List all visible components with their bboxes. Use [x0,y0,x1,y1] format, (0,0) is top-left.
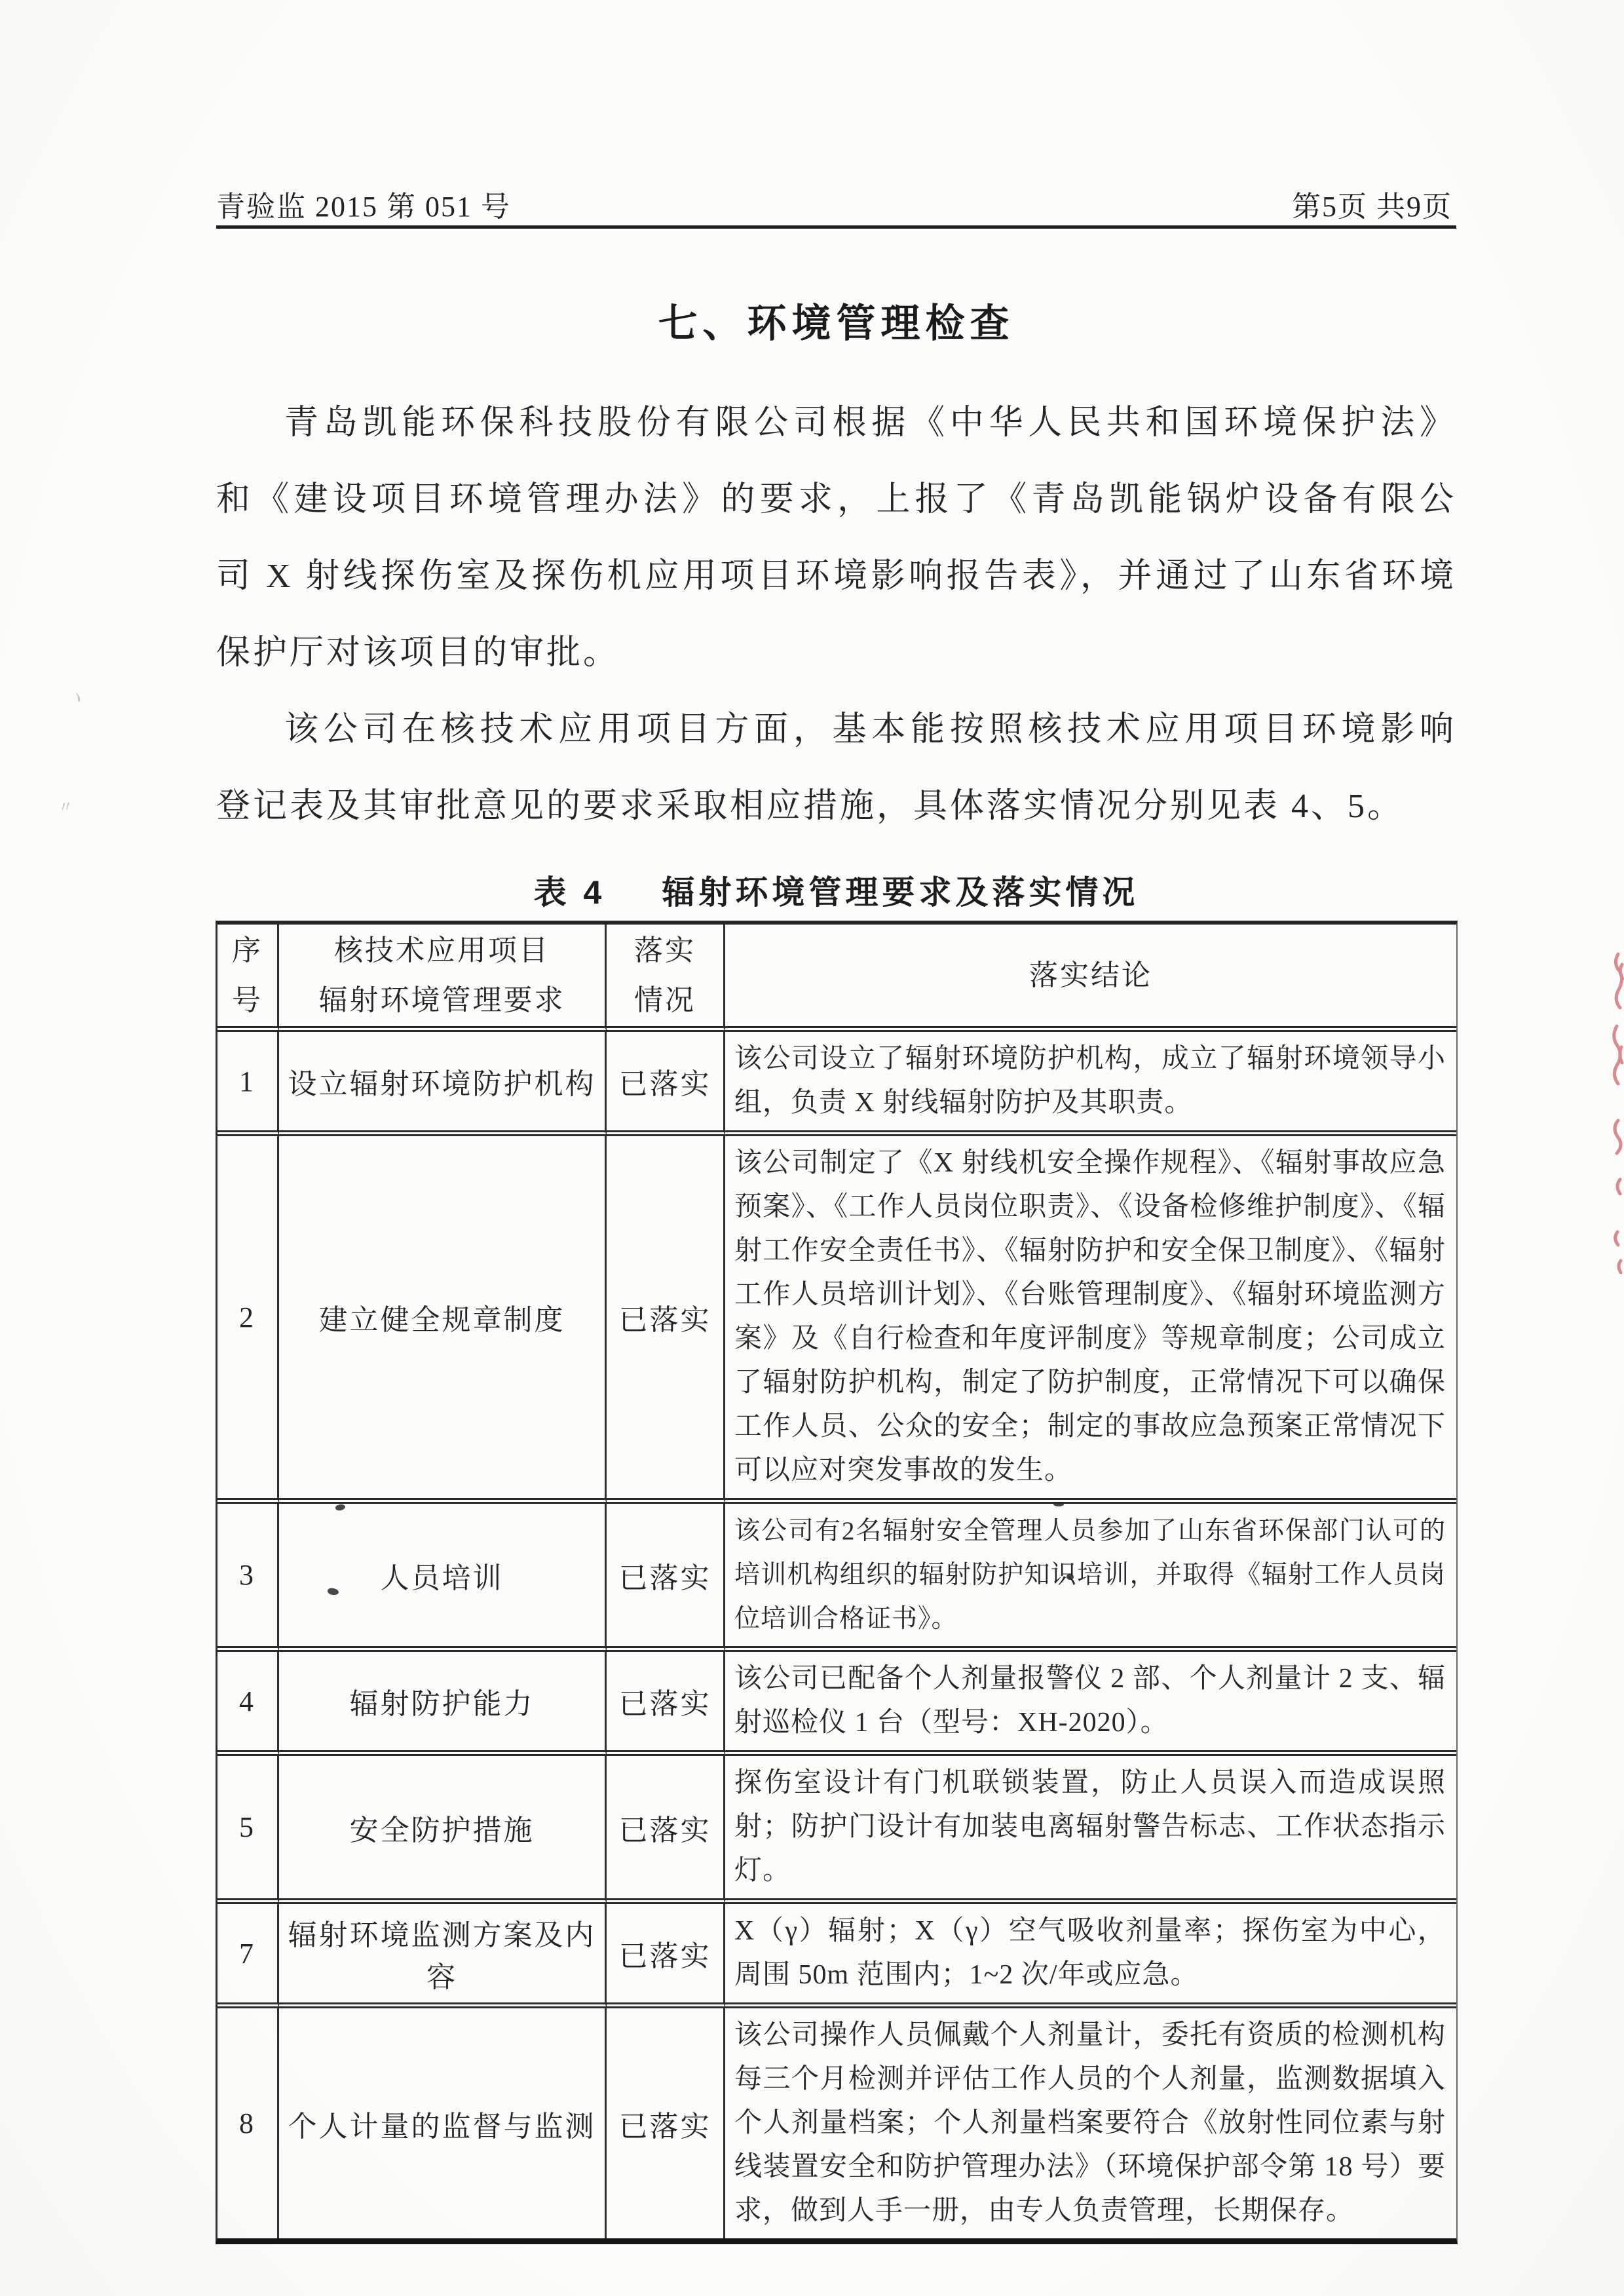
paragraph: 青岛凯能环保科技股份有限公司根据《中华人民共和国环境保护法》 和《建设项目环境管… [216,385,1456,691]
table-header-row: 序 号 核技术应用项目 辐射环境管理要求 落实 情况 落实结论 [217,925,1456,1032]
header-rule [216,225,1456,229]
page-header: 青验监 2015 第 051 号 第5页 共9页 [216,189,1456,225]
table-row: 1 设立辐射环境防护机构 已落实 该公司设立了辐射环境防护机构，成立了辐射环境领… [217,1032,1456,1136]
cell-status: 已落实 [607,1136,725,1504]
header-line: 号 [217,976,277,1025]
scanned-document-page: 青验监 2015 第 051 号 第5页 共9页 七、环境管理检查 青岛凯能环保… [0,0,1624,2296]
cell-requirement: 人员培训 [279,1504,607,1652]
header-cell-requirement: 核技术应用项目 辐射环境管理要求 [279,925,607,1032]
document-number: 青验监 2015 第 051 号 [216,189,511,225]
table-row: 5 安全防护措施 已落实 探伤室设计有门机联锁装置，防止人员误入而造成误照射；防… [217,1756,1456,1904]
header-line: 序 [217,926,277,976]
cell-status: 已落实 [607,1904,725,2008]
scan-speck [1067,1574,1074,1580]
cell-requirement: 设立辐射环境防护机构 [279,1032,607,1136]
cell-no: 5 [217,1756,279,1904]
cell-requirement: 个人计量的监督与监测 [279,2008,607,2238]
paragraph-line: 和《建设项目环境管理办法》的要求，上报了《青岛凯能锅炉设备有限公 [216,461,1456,538]
header-line: 辐射环境管理要求 [279,976,605,1025]
header-line: 落实 [607,926,723,976]
cell-no: 8 [217,2008,279,2238]
paragraph-line: 保护厅对该项目的审批。 [216,615,1456,691]
pencil-mark: 〃 [56,794,75,818]
paragraph-line: 该公司在核技术应用项目方面，基本能按照核技术应用项目环境影响 [216,691,1456,768]
cell-status: 已落实 [607,1504,725,1652]
table-row: 7 辐射环境监测方案及内容 已落实 X（γ）辐射；X（γ）空气吸收剂量率；探伤室… [217,1904,1456,2008]
header-cell-status: 落实 情况 [607,925,725,1032]
cell-no: 7 [217,1904,279,2008]
body-text: 青岛凯能环保科技股份有限公司根据《中华人民共和国环境保护法》 和《建设项目环境管… [216,385,1456,845]
table-row: 8 个人计量的监督与监测 已落实 该公司操作人员佩戴个人剂量计，委托有资质的检测… [217,2008,1456,2238]
cell-requirement: 建立健全规章制度 [279,1136,607,1504]
cell-requirement: 安全防护措施 [279,1756,607,1904]
paragraph-line: 登记表及其审批意见的要求采取相应措施，具体落实情况分别见表 4、5。 [216,768,1456,845]
table-caption-label: 表 4 [534,874,606,911]
cell-conclusion: 该公司有2名辐射安全管理人员参加了山东省环保部门认可的培训机构组织的辐射防护知识… [725,1504,1456,1652]
header-line: 情况 [607,976,723,1025]
paragraph-line: 青岛凯能环保科技股份有限公司根据《中华人民共和国环境保护法》 [216,385,1456,461]
section-title: 七、环境管理检查 [216,292,1456,349]
cell-conclusion: 该公司已配备个人剂量报警仪 2 部、个人剂量计 2 支、辐射巡检仪 1 台（型号… [725,1652,1456,1756]
table-row: 4 辐射防护能力 已落实 该公司已配备个人剂量报警仪 2 部、个人剂量计 2 支… [217,1652,1456,1756]
table-row: 2 建立健全规章制度 已落实 该公司制定了《X 射线机安全操作规程》、《辐射事故… [217,1136,1456,1504]
page-indicator: 第5页 共9页 [1292,189,1452,225]
cell-no: 2 [217,1136,279,1504]
cell-status: 已落实 [607,1652,725,1756]
table-caption: 表 4辐射环境管理要求及落实情况 [216,866,1456,913]
cell-no: 4 [217,1652,279,1756]
paragraph-line: 司 X 射线探伤室及探伤机应用项目环境影响报告表》，并通过了山东省环境 [216,538,1456,615]
header-cell-conclusion: 落实结论 [725,925,1456,1032]
radiation-management-table: 序 号 核技术应用项目 辐射环境管理要求 落实 情况 落实结论 1 设立辐射环境… [216,921,1458,2244]
red-margin-annotation [1598,949,1624,1290]
cell-no: 1 [217,1032,279,1136]
header-cell-no: 序 号 [217,925,279,1032]
paragraph: 该公司在核技术应用项目方面，基本能按照核技术应用项目环境影响 登记表及其审批意见… [216,691,1456,845]
cell-status: 已落实 [607,2008,725,2238]
table-caption-text: 辐射环境管理要求及落实情况 [662,874,1139,911]
cell-status: 已落实 [607,1756,725,1904]
header-line: 核技术应用项目 [279,926,605,976]
cell-conclusion: 探伤室设计有门机联锁装置，防止人员误入而造成误照射；防护门设计有加装电离辐射警告… [725,1756,1456,1904]
cell-conclusion: 该公司操作人员佩戴个人剂量计，委托有资质的检测机构每三个月检测并评估工作人员的个… [725,2008,1456,2238]
cell-conclusion: 该公司设立了辐射环境防护机构，成立了辐射环境领导小组，负责 X 射线辐射防护及其… [725,1032,1456,1136]
cell-conclusion: X（γ）辐射；X（γ）空气吸收剂量率；探伤室为中心，周围 50m 范围内；1~2… [725,1904,1456,2008]
table-row: 3 人员培训 已落实 该公司有2名辐射安全管理人员参加了山东省环保部门认可的培训… [217,1504,1456,1652]
cell-no: 3 [217,1504,279,1652]
pencil-mark: ヽ [64,679,92,712]
cell-requirement: 辐射防护能力 [279,1652,607,1756]
cell-requirement: 辐射环境监测方案及内容 [279,1904,607,2008]
scan-speck [1053,1502,1064,1506]
cell-status: 已落实 [607,1032,725,1136]
cell-conclusion: 该公司制定了《X 射线机安全操作规程》、《辐射事故应急预案》、《工作人员岗位职责… [725,1136,1456,1504]
